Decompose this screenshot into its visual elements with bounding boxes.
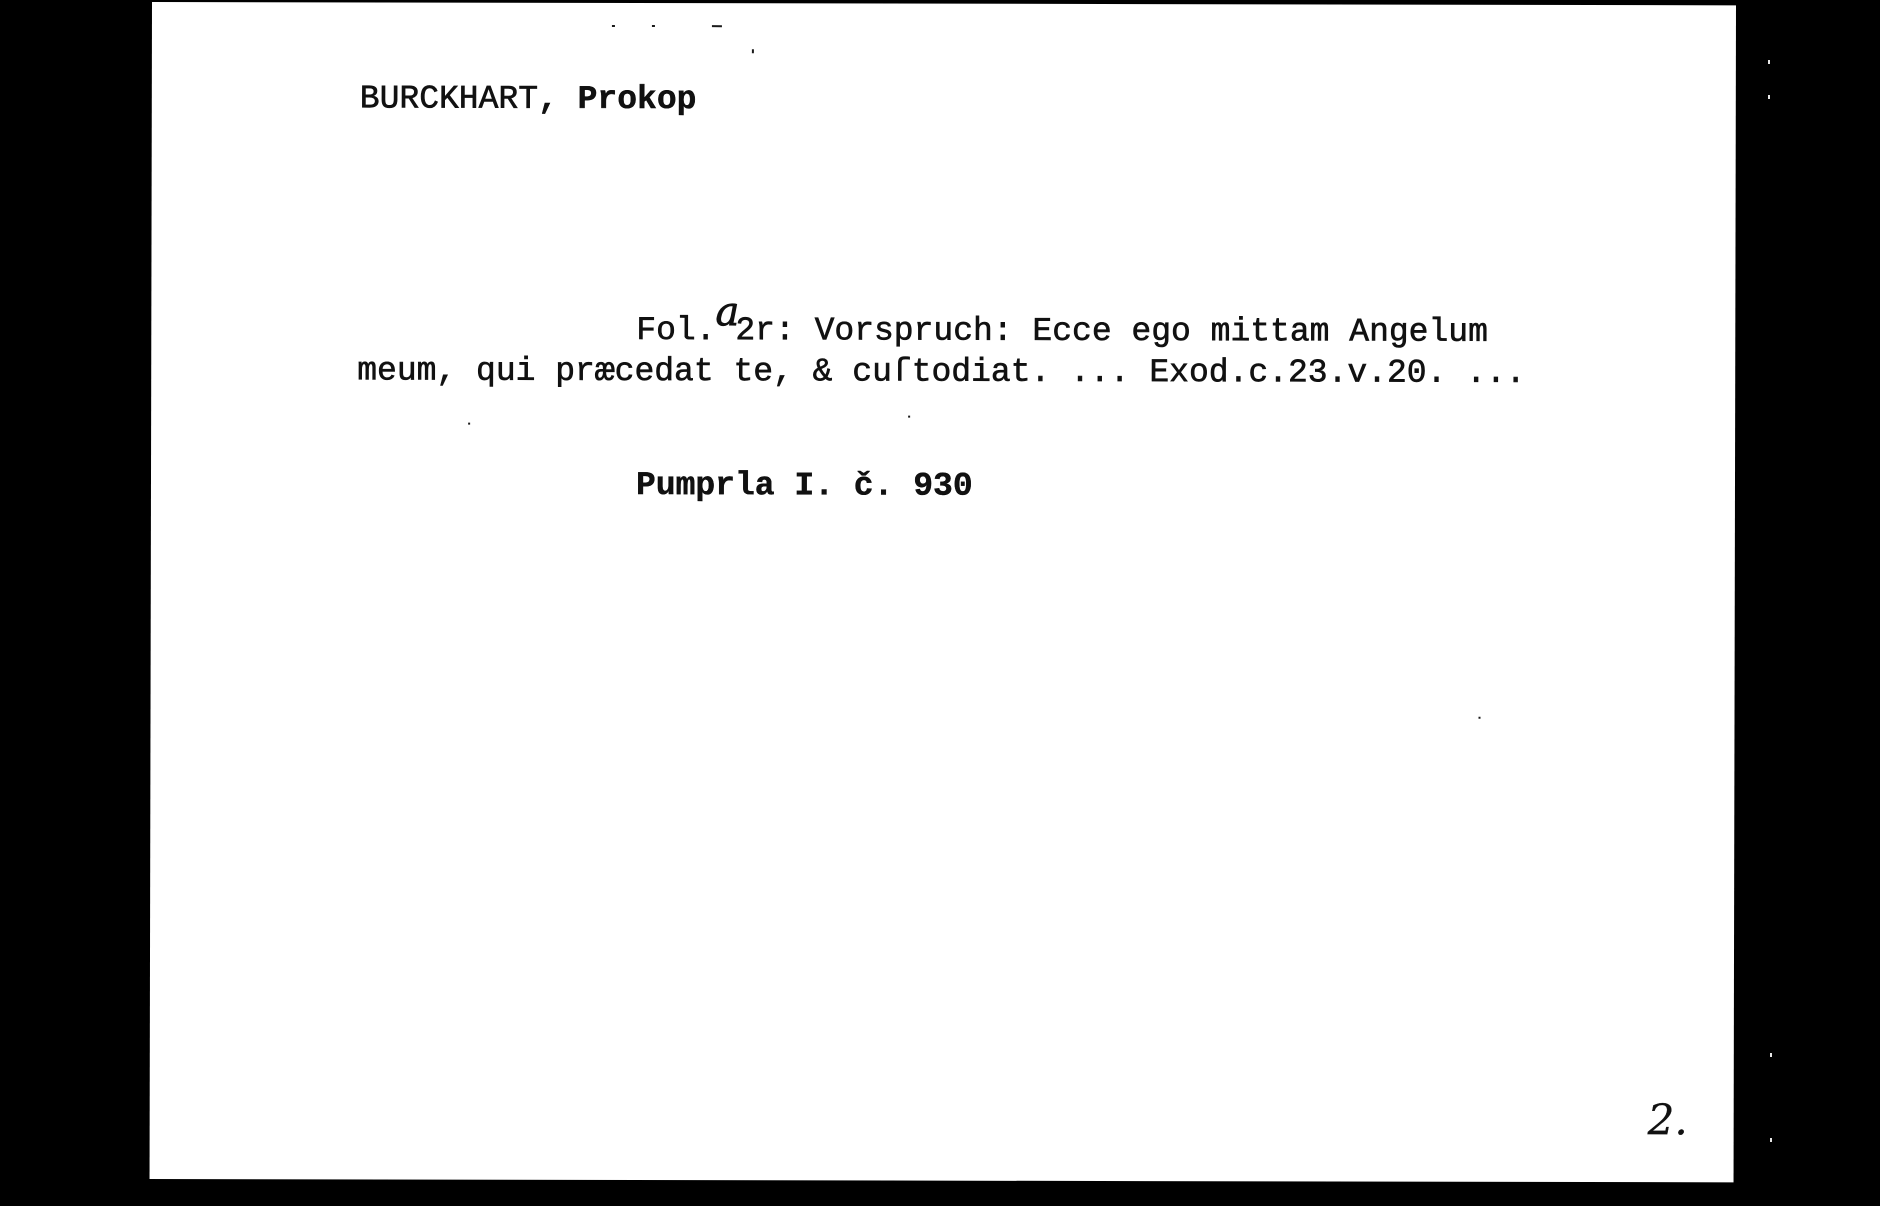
scan-speck <box>1479 717 1481 719</box>
heading-separator: , <box>538 81 578 118</box>
scan-speck <box>468 423 470 425</box>
heading-given-name: Prokop <box>578 81 697 118</box>
folio-prefix: Fol. <box>636 312 715 349</box>
folio-text: 2r: Vorspruch: Ecce ego mittam Angelum <box>735 312 1488 351</box>
scan-speck <box>752 49 754 53</box>
scan-speck <box>612 25 615 27</box>
bibliographic-reference: Pumprla I. č. 930 <box>636 469 973 503</box>
handwritten-page-number: 2. <box>1648 1095 1688 1144</box>
handwritten-folio-mark: a <box>716 292 740 332</box>
scan-speck <box>652 25 655 27</box>
scan-speck <box>1768 95 1770 99</box>
scan-speck <box>1770 1053 1772 1057</box>
heading-surname: BURCKHART <box>360 80 538 117</box>
catalog-card: BURCKHART, Prokop Fol.a2r: Vorspruch: Ec… <box>150 2 1736 1182</box>
card-heading: BURCKHART, Prokop <box>360 82 697 116</box>
scan-speck <box>712 25 722 27</box>
scan-speck <box>1770 1138 1772 1142</box>
entry-line-2: meum, qui præcedat te, & cuſtodiat. ... … <box>357 354 1525 389</box>
scan-speck <box>1768 60 1770 64</box>
entry-line-1: Fol.a2r: Vorspruch: Ecce ego mittam Ange… <box>636 306 1488 349</box>
scan-speck <box>908 416 910 418</box>
